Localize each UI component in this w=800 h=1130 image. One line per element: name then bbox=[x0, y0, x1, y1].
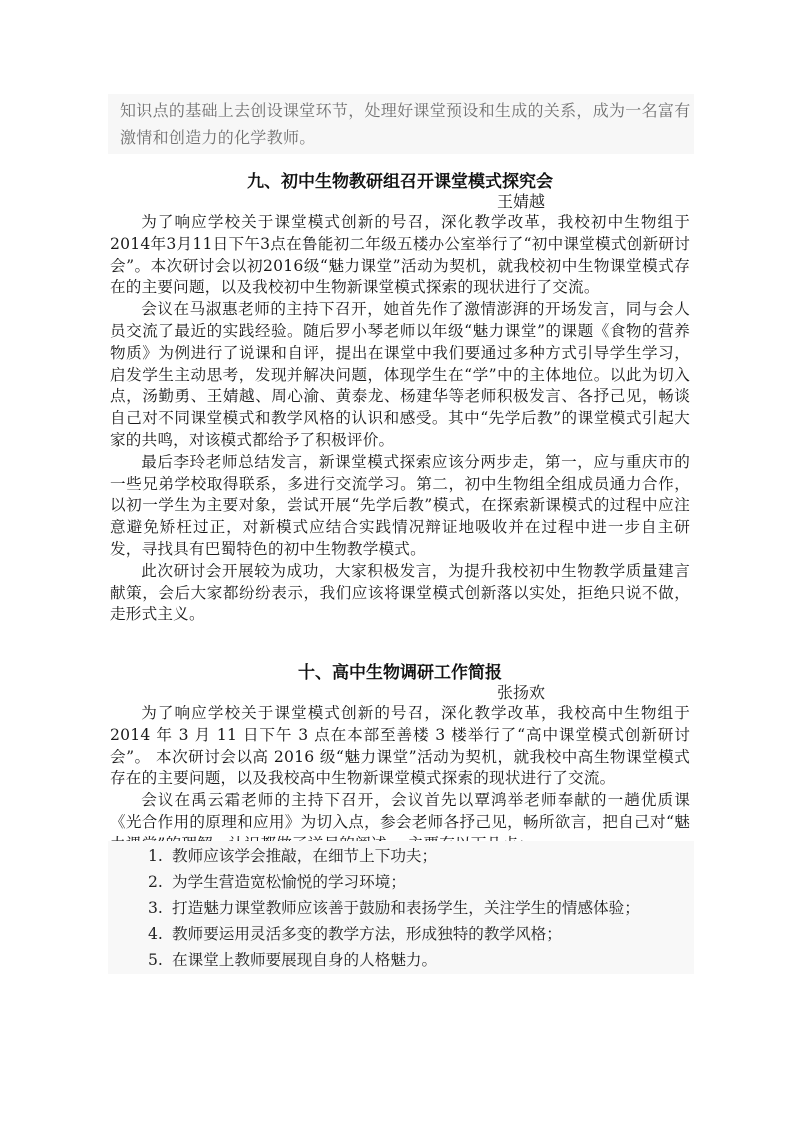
list-text: 教师要运用灵活多变的教学方法，形成独特的教学风格； bbox=[172, 925, 562, 943]
list-item: 1.教师应该学会推敲，在细节上下功夫； bbox=[148, 846, 437, 866]
list-number: 3. bbox=[148, 898, 172, 918]
list-item: 2.为学生营造宽松愉悦的学习环境； bbox=[148, 872, 406, 892]
section-9-paragraph-1: 为了响应学校关于课堂模式创新的号召，深化教学改革，我校初中生物组于2014年3月… bbox=[110, 212, 690, 299]
section-10-author: 张扬欢 bbox=[110, 683, 690, 703]
key-points-list: 1.教师应该学会推敲，在细节上下功夫； 2.为学生营造宽松愉悦的学习环境； 3.… bbox=[108, 841, 694, 974]
document-page: 知识点的基础上去创设课堂环节，处理好课堂预设和生成的关系，成为一名富有激情和创造… bbox=[0, 0, 800, 1130]
section-9: 九、初中生物教研组召开课堂模式探究会 王婧越 为了响应学校关于课堂模式创新的号召… bbox=[110, 172, 690, 626]
intro-text-block: 知识点的基础上去创设课堂环节，处理好课堂预设和生成的关系，成为一名富有激情和创造… bbox=[108, 94, 694, 154]
section-10-paragraph-1: 为了响应学校关于课堂模式创新的号召，深化教学改革，我校高中生物组于2014 年 … bbox=[110, 703, 690, 790]
section-9-paragraph-3: 最后李玲老师总结发言，新课堂模式探索应该分两步走，第一，应与重庆市的一些兄弟学校… bbox=[110, 452, 690, 561]
section-9-title: 九、初中生物教研组召开课堂模式探究会 bbox=[110, 172, 690, 192]
list-text: 在课堂上教师要展现自身的人格魅力。 bbox=[172, 951, 437, 969]
section-9-author: 王婧越 bbox=[110, 192, 690, 212]
list-number: 4. bbox=[148, 924, 172, 944]
list-text: 为学生营造宽松愉悦的学习环境； bbox=[172, 873, 406, 891]
section-9-paragraph-2: 会议在马淑惠老师的主持下召开，她首先作了激情澎湃的开场发言，同与会人员交流了最近… bbox=[110, 299, 690, 452]
list-number: 2. bbox=[148, 872, 172, 892]
section-9-paragraph-4: 此次研讨会开展较为成功，大家积极发言，为提升我校初中生物教学质量建言献策，会后大… bbox=[110, 561, 690, 626]
list-item: 5.在课堂上教师要展现自身的人格魅力。 bbox=[148, 950, 437, 970]
list-item: 4.教师要运用灵活多变的教学方法，形成独特的教学风格； bbox=[148, 924, 562, 944]
list-item: 3.打造魅力课堂教师应该善于鼓励和表扬学生，关注学生的情感体验； bbox=[148, 898, 640, 918]
list-number: 5. bbox=[148, 950, 172, 970]
list-text: 打造魅力课堂教师应该善于鼓励和表扬学生，关注学生的情感体验； bbox=[172, 899, 640, 917]
section-10-title: 十、高中生物调研工作简报 bbox=[110, 663, 690, 683]
intro-text: 知识点的基础上去创设课堂环节，处理好课堂预设和生成的关系，成为一名富有激情和创造… bbox=[120, 94, 694, 151]
list-number: 1. bbox=[148, 846, 172, 866]
section-10: 十、高中生物调研工作简报 张扬欢 为了响应学校关于课堂模式创新的号召，深化教学改… bbox=[110, 663, 690, 856]
list-text: 教师应该学会推敲，在细节上下功夫； bbox=[172, 847, 437, 865]
